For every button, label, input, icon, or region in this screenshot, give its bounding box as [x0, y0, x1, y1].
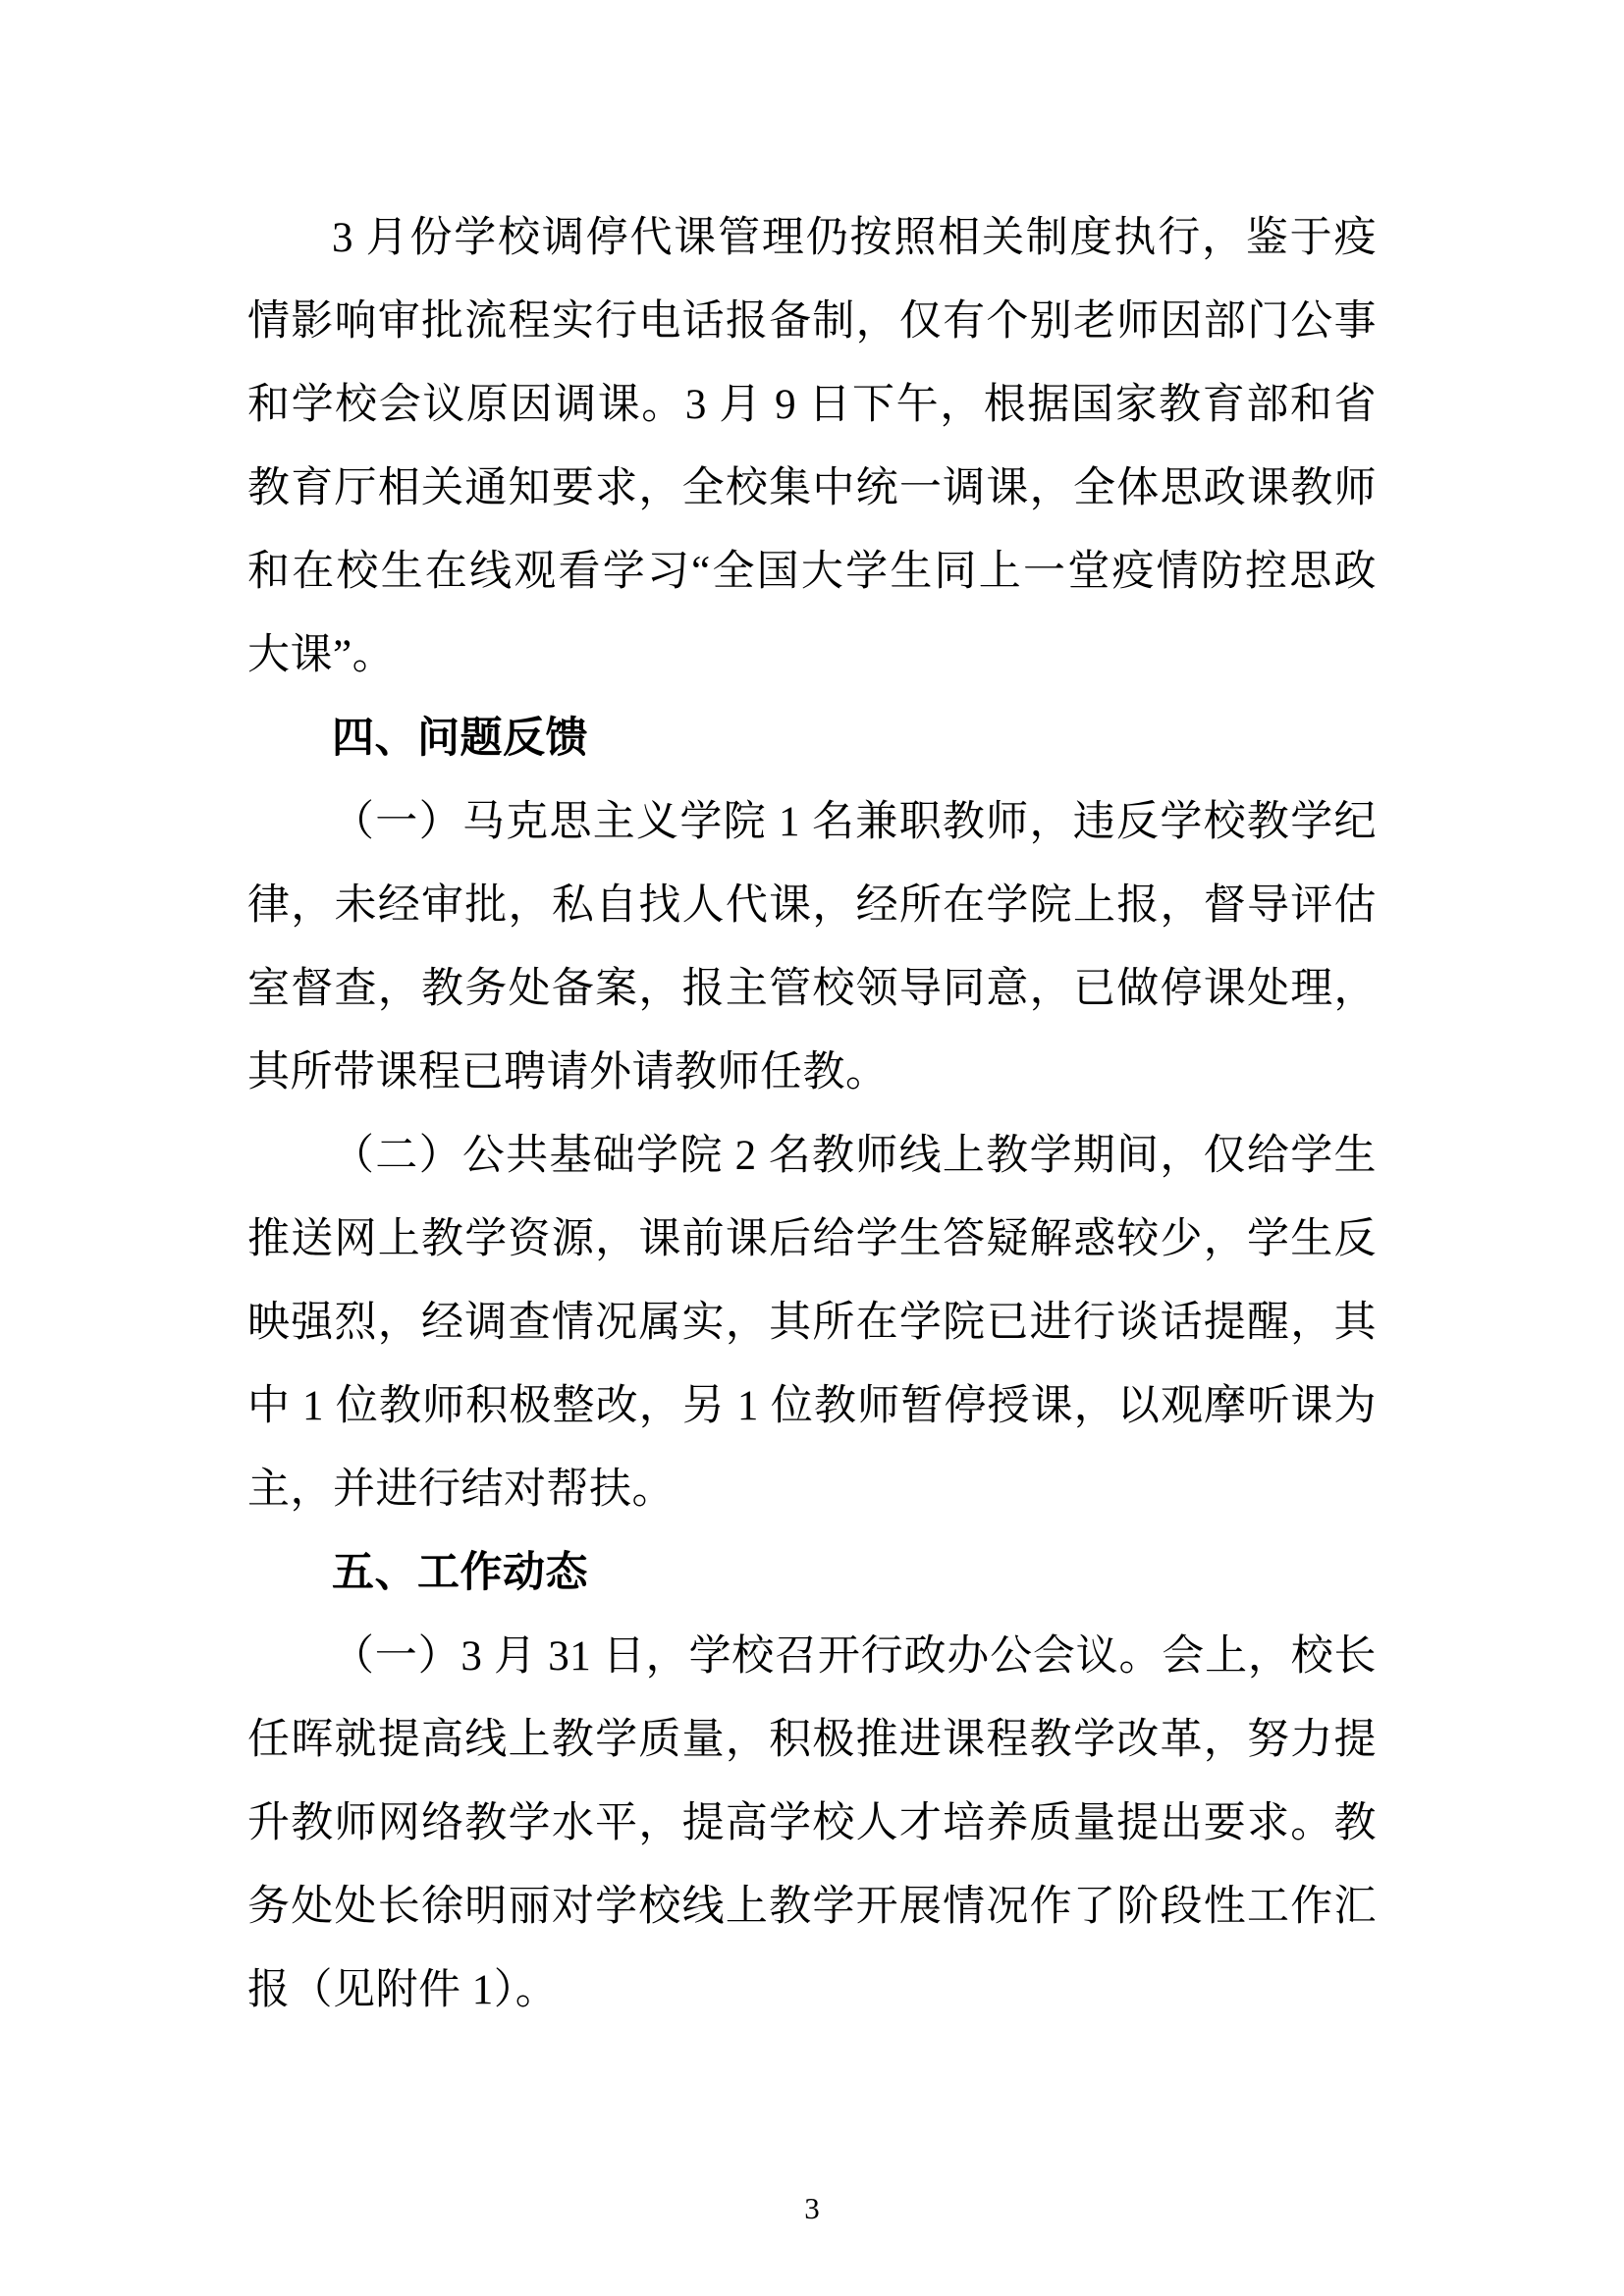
heading-problem-feedback: 四、问题反馈 [247, 697, 1377, 780]
heading-work-updates: 五、工作动态 [247, 1531, 1377, 1615]
paragraph-feedback-item-2: （二）公共基础学院 2 名教师线上教学期间，仅给学生推送网上教学资源，课前课后给… [247, 1114, 1377, 1531]
paragraph-feedback-item-1: （一）马克思主义学院 1 名兼职教师，违反学校教学纪律，未经审批，私自找人代课，… [247, 780, 1377, 1114]
paragraph-march-course-adjustment: 3 月份学校调停代课管理仍按照相关制度执行，鉴于疫情影响审批流程实行电话报备制，… [247, 196, 1377, 697]
document-page: 3 月份学校调停代课管理仍按照相关制度执行，鉴于疫情影响审批流程实行电话报备制，… [0, 0, 1624, 2296]
document-body: 3 月份学校调停代课管理仍按照相关制度执行，鉴于疫情影响审批流程实行电话报备制，… [247, 196, 1377, 2032]
paragraph-work-update-1: （一）3 月 31 日，学校召开行政办公会议。会上，校长任晖就提高线上教学质量，… [247, 1615, 1377, 2032]
page-number: 3 [0, 2189, 1624, 2228]
